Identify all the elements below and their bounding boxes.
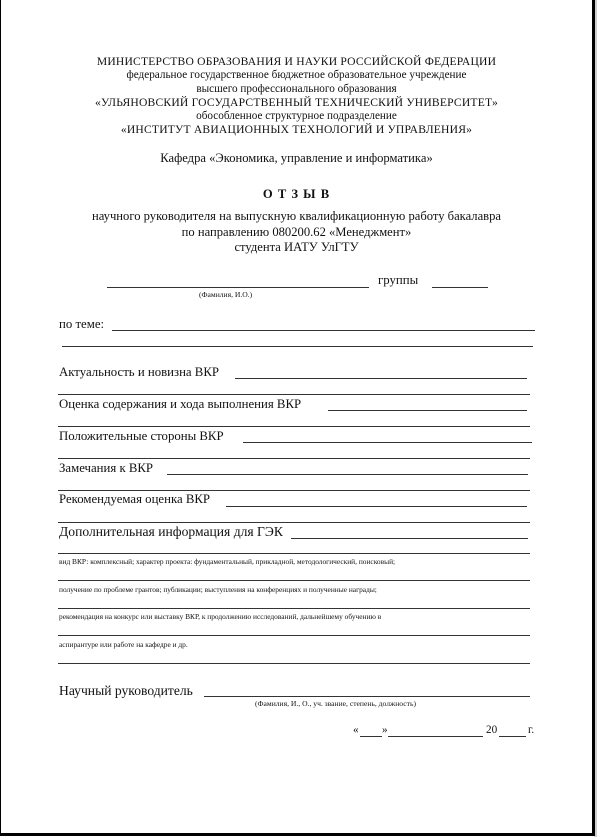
institute-line: «ИНСТИТУТ АВИАЦИОННЫХ ТЕХНОЛОГИЙ И УПРАВ…: [1, 123, 592, 136]
date-day-field[interactable]: [360, 736, 382, 737]
field-label-recommended-grade: Рекомендуемая оценка ВКР: [59, 492, 210, 507]
gek-hint-4: аспирантуре или работе на кафедре и др.: [59, 640, 188, 649]
supervisor-label: Научный руководитель: [59, 683, 193, 699]
field-content-evaluation-input[interactable]: [328, 410, 527, 411]
gek-hint-1: вид ВКР: комплексный; характер проекта: …: [59, 557, 395, 566]
date-close-quote: »: [382, 724, 388, 736]
field-remarks-input[interactable]: [167, 474, 528, 475]
student-name-field[interactable]: [107, 287, 369, 288]
field-recommended-grade-input[interactable]: [226, 506, 527, 507]
field-label-relevance: Актуальность и новизна ВКР: [59, 365, 219, 380]
date-open-quote: «: [353, 724, 359, 736]
date-year-suffix: г.: [528, 724, 534, 736]
field-recommended-grade-input-line-2[interactable]: [58, 522, 530, 523]
topic-field[interactable]: [112, 330, 535, 331]
gek-input-line-4[interactable]: [58, 608, 530, 609]
topic-field-line-2[interactable]: [62, 346, 533, 347]
gek-input[interactable]: [291, 538, 528, 539]
field-strengths-input[interactable]: [243, 442, 532, 443]
field-label-content-evaluation: Оценка содержания и хода выполнения ВКР: [59, 397, 301, 412]
ministry-line: МИНИСТЕРСТВО ОБРАЗОВАНИЯ И НАУКИ РОССИЙС…: [1, 55, 592, 68]
field-relevance-input[interactable]: [235, 378, 527, 379]
field-label-remarks: Замечания к ВКР: [59, 461, 153, 476]
gek-label: Дополнительная информация для ГЭК: [59, 524, 283, 540]
group-field[interactable]: [432, 287, 488, 288]
title-subline-1: научного руководителя на выпускную квали…: [1, 209, 592, 224]
field-label-strengths: Положительные стороны ВКР: [59, 429, 224, 444]
supervisor-hint: (Фамилия, И., О., уч. звание, степень, д…: [255, 699, 416, 708]
group-label: группы: [378, 273, 418, 288]
date-year-field[interactable]: [499, 736, 526, 737]
gek-input-line-3[interactable]: [58, 580, 530, 581]
gek-input-line-5[interactable]: [58, 635, 530, 636]
university-line: «УЛЬЯНОВСКИЙ ГОСУДАРСТВЕННЫЙ ТЕХНИЧЕСКИЙ…: [1, 96, 592, 109]
title-subline-2: по направлению 080200.62 «Менеджмент»: [1, 225, 592, 240]
document-title: О Т З Ы В: [1, 187, 592, 202]
topic-label: по теме:: [59, 317, 104, 332]
department-line: Кафедра «Экономика, управление и информа…: [1, 151, 592, 166]
subdivision-line: обособленное структурное подразделение: [1, 110, 592, 123]
date-year-prefix: 20: [486, 724, 497, 736]
supervisor-field[interactable]: [204, 696, 530, 697]
institution-type-line: федеральное государственное бюджетное об…: [1, 69, 592, 82]
gek-input-line-6[interactable]: [58, 663, 530, 664]
field-remarks-input-line-2[interactable]: [58, 490, 530, 491]
field-relevance-input-line-2[interactable]: [58, 394, 530, 395]
field-strengths-input-line-2[interactable]: [58, 458, 530, 459]
gek-hint-2: получение по проблеме грантов; публикаци…: [59, 585, 377, 594]
gek-hint-3: рекомендация на конкурс или выставку ВКР…: [59, 612, 381, 621]
gek-input-line-2[interactable]: [58, 553, 530, 554]
education-level-line: высшего профессионального образования: [1, 83, 592, 96]
title-subline-3: студента ИАТУ УлГТУ: [1, 240, 592, 255]
document-page: МИНИСТЕРСТВО ОБРАЗОВАНИЯ И НАУКИ РОССИЙС…: [0, 0, 595, 836]
date-month-field[interactable]: [388, 736, 483, 737]
student-name-hint: (Фамилия, И.О.): [199, 290, 252, 299]
field-content-evaluation-input-line-2[interactable]: [58, 426, 530, 427]
